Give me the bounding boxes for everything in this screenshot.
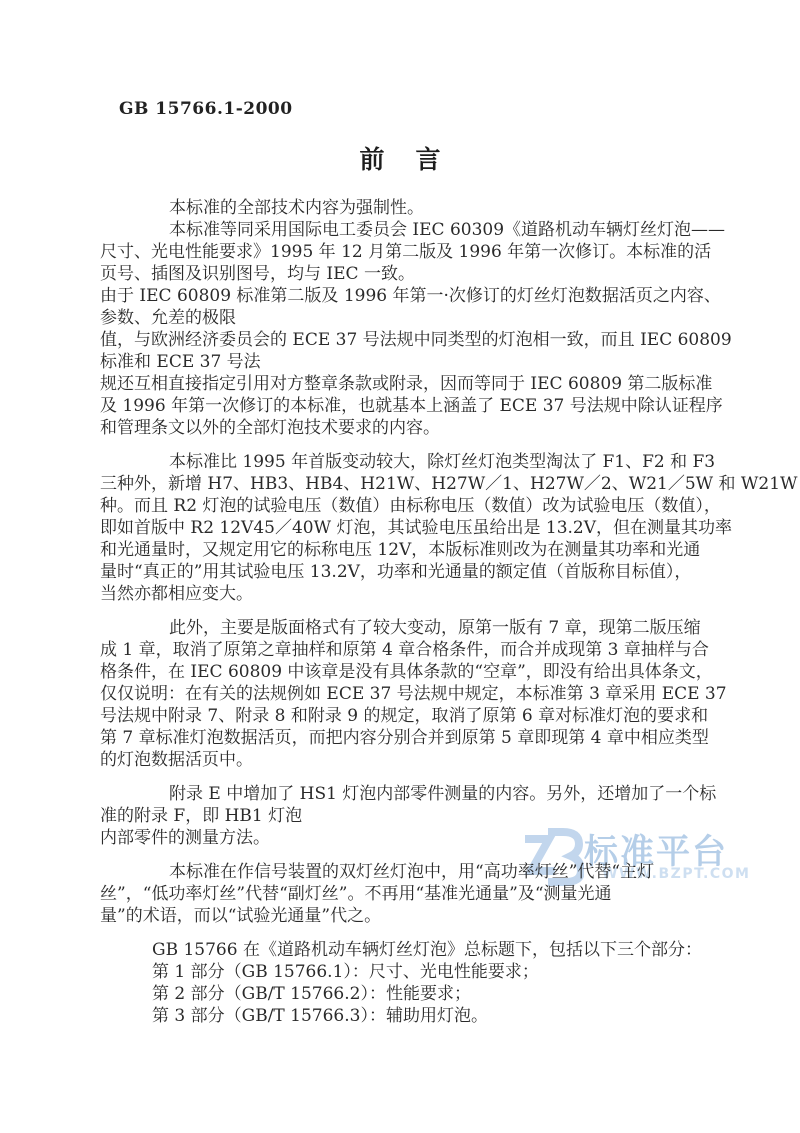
text-line: 附录 E 中增加了 HS1 灯泡内部零件测量的内容。另外，还增加了一个标	[100, 783, 708, 805]
text-line: 格条件，在 IEC 60809 中该章是没有具体条款的“空章”，即没有给出具体条…	[100, 661, 708, 683]
text-line: 量时“真正的”用其试验电压 13.2V，功率和光通量的额定值（首版称目标值），	[100, 561, 708, 583]
text-line: 第 3 部分（GB/T 15766.3）：辅助用灯泡。	[100, 1005, 708, 1027]
text-line: 和光通量时，又规定用它的标称电压 12V，本版标准则改为在测量其功率和光通	[100, 539, 708, 561]
page-title-char: 前	[359, 140, 384, 176]
document-body: 本标准的全部技术内容为强制性。本标准等同采用国际电工委员会 IEC 60309《…	[100, 197, 708, 1039]
text-line: 丝”，“低功率灯丝”代替“副灯丝”。不再用“基准光通量”及“测量光通	[100, 883, 708, 905]
text-line: 由于 IEC 60809 标准第二版及 1996 年第一·次修订的灯丝灯泡数据活…	[100, 285, 708, 307]
text-line: 及 1996 年第一次修订的本标准，也就基本上涵盖了 ECE 37 号法规中除认…	[100, 395, 708, 417]
text-line: GB 15766 在《道路机动车辆灯丝灯泡》总标题下，包括以下三个部分：	[100, 939, 708, 961]
text-line: 本标准在作信号装置的双灯丝灯泡中，用“高功率灯丝”代替“主灯	[100, 861, 708, 883]
text-line: 的灯泡数据活页中。	[100, 749, 708, 771]
text-line: 三种外，新增 H7、HB3、HB4、H21W、H27W／1、H27W／2、W21…	[100, 473, 708, 495]
text-line: 规还互相直接指定引用对方整章条款或附录，因而等同于 IEC 60809 第二版标…	[100, 373, 708, 395]
text-line: 本标准的全部技术内容为强制性。	[100, 197, 708, 219]
text-line: 即如首版中 R2 12V45／40W 灯泡，其试验电压虽给出是 13.2V，但在…	[100, 517, 708, 539]
paragraph: GB 15766 在《道路机动车辆灯丝灯泡》总标题下，包括以下三个部分：第 1 …	[100, 939, 708, 1027]
text-line: 当然亦都相应变大。	[100, 583, 708, 605]
text-line: 量”的术语，而以“试验光通量”代之。	[100, 905, 708, 927]
text-line: 此外，主要是版面格式有了较大变动，原第一版有 7 章，现第二版压缩	[100, 617, 708, 639]
text-line: 准的附录 F，即 HB1 灯泡	[100, 805, 708, 827]
text-line: 第 2 部分（GB/T 15766.2）：性能要求；	[100, 983, 708, 1005]
paragraph: 本标准在作信号装置的双灯丝灯泡中，用“高功率灯丝”代替“主灯丝”，“低功率灯丝”…	[100, 861, 708, 927]
paragraph: 附录 E 中增加了 HS1 灯泡内部零件测量的内容。另外，还增加了一个标准的附录…	[100, 783, 708, 849]
page-title: 前 言	[0, 140, 800, 176]
text-line: 页号、插图及识别图号，均与 IEC 一致。	[100, 263, 708, 285]
text-line: 本标准等同采用国际电工委员会 IEC 60309《道路机动车辆灯丝灯泡——	[100, 219, 708, 241]
text-line: 参数、允差的极限	[100, 307, 708, 329]
paragraph: 此外，主要是版面格式有了较大变动，原第一版有 7 章，现第二版压缩成 1 章，取…	[100, 617, 708, 771]
text-line: 值，与欧洲经济委员会的 ECE 37 号法规中同类型的灯泡相一致，而且 IEC …	[100, 329, 708, 351]
text-line: 内部零件的测量方法。	[100, 827, 708, 849]
text-line: 本标准比 1995 年首版变动较大，除灯丝灯泡类型淘汰了 F1、F2 和 F3	[100, 451, 708, 473]
text-line: 号法规中附录 7、附录 8 和附录 9 的规定，取消了原第 6 章对标准灯泡的要…	[100, 705, 708, 727]
paragraph: 本标准的全部技术内容为强制性。本标准等同采用国际电工委员会 IEC 60309《…	[100, 197, 708, 439]
text-line: 第 1 部分（GB 15766.1）：尺寸、光电性能要求；	[100, 961, 708, 983]
paragraph: 本标准比 1995 年首版变动较大，除灯丝灯泡类型淘汰了 F1、F2 和 F3三…	[100, 451, 708, 605]
text-line: 成 1 章，取消了原第之章抽样和原第 4 章合格条件，而合并成现第 3 章抽样与…	[100, 639, 708, 661]
document-page: GB 15766.1-2000 前 言 标准平台 WWW.BZPT.COM 本标…	[0, 0, 800, 1133]
text-line: 仅仅说明：在有关的法规例如 ECE 37 号法规中规定，本标准第 3 章采用 E…	[100, 683, 708, 705]
text-line: 尺寸、光电性能要求》1995 年 12 月第二版及 1996 年第一次修订。本标…	[100, 241, 708, 263]
text-line: 和管理条文以外的全部灯泡技术要求的内容。	[100, 417, 708, 439]
document-code: GB 15766.1-2000	[119, 99, 293, 119]
text-line: 第 7 章标准灯泡数据活页，而把内容分别合并到原第 5 章即现第 4 章中相应类…	[100, 727, 708, 749]
text-line: 标准和 ECE 37 号法	[100, 351, 708, 373]
page-title-char: 言	[416, 140, 441, 176]
text-line: 种。而且 R2 灯泡的试验电压（数值）由标称电压（数值）改为试验电压（数值），	[100, 495, 708, 517]
